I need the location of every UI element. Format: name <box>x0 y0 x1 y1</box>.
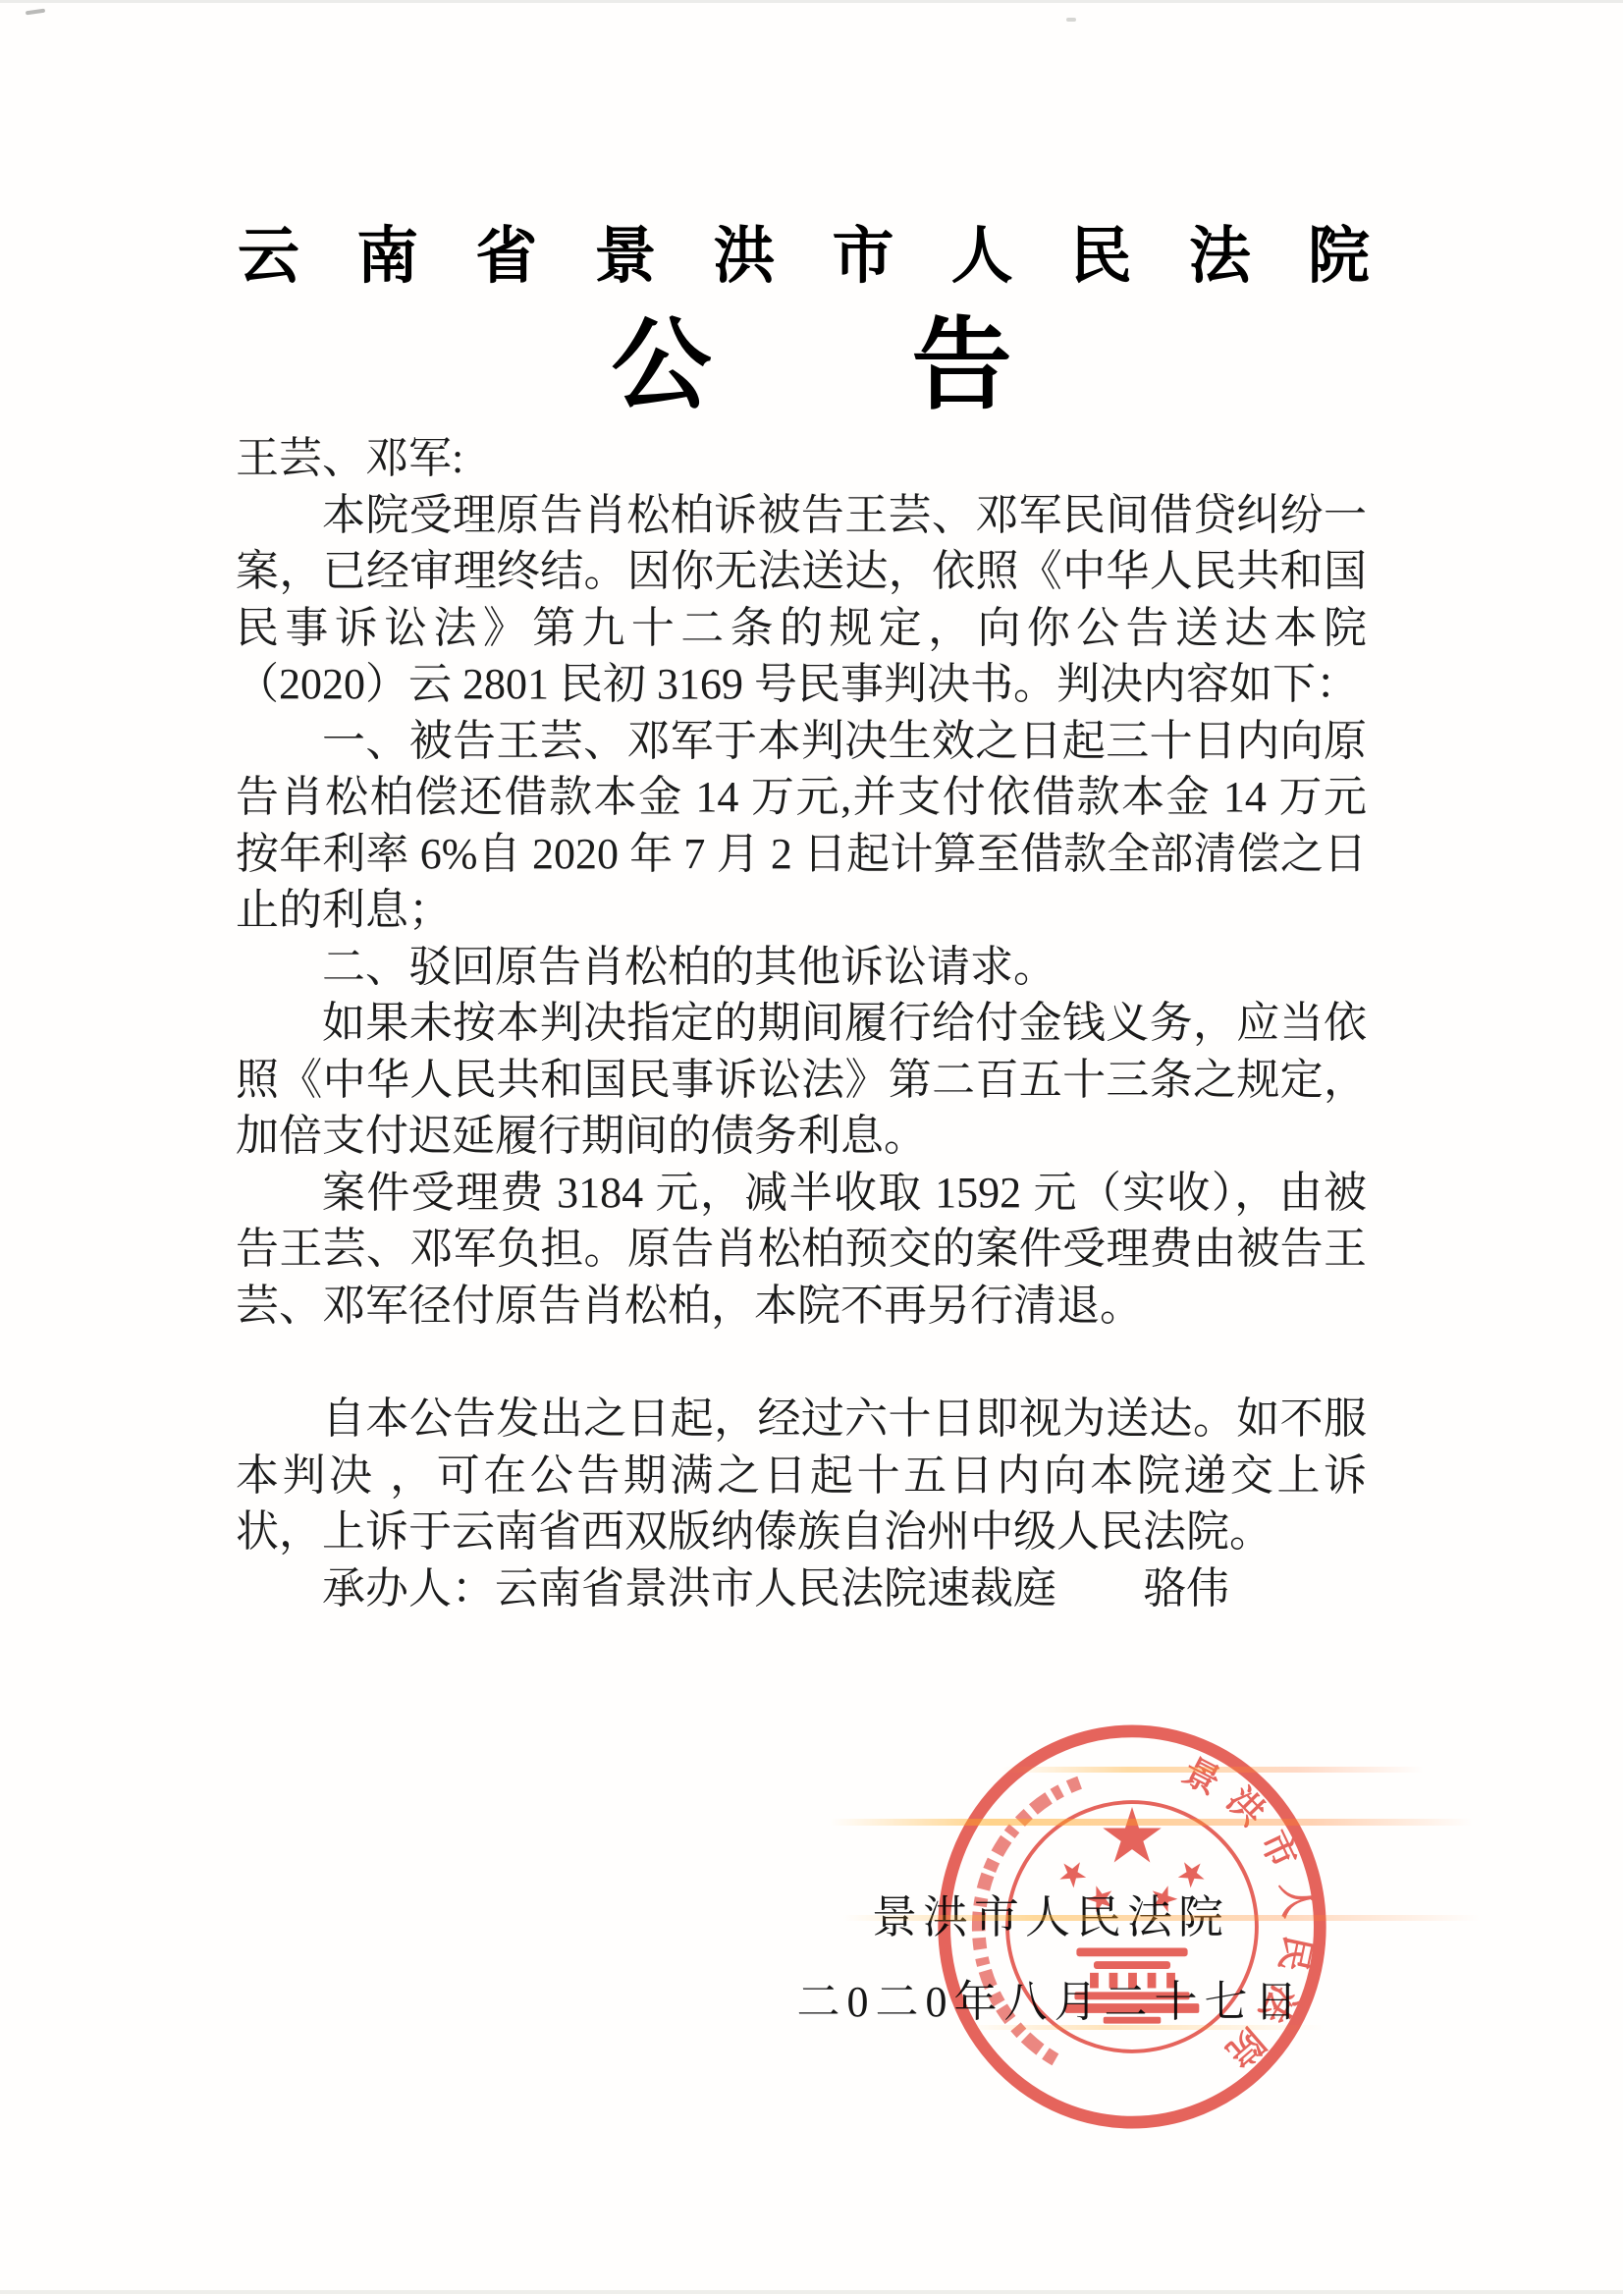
announcement-paragraph: 自本公告发出之日起，经过六十日即视为送达。如不服本判决 ，可在公告期满之日起十五… <box>236 1391 1367 1560</box>
star-icon <box>1103 1807 1161 1863</box>
undertaker-line: 承办人：云南省景洪市人民法院速裁庭骆伟 <box>236 1560 1367 1617</box>
star-icon <box>1084 1882 1117 1914</box>
undertaker-name: 骆伟 <box>1143 1564 1229 1613</box>
court-title: 云南省景洪市人民法院 <box>238 218 1370 295</box>
scan-smudge <box>26 9 45 16</box>
announcement-document-page: 云南省景洪市人民法院 公 告 王芸、邓军: 本院受理原告肖松柏诉被告王芸、邓军民… <box>0 0 1623 2296</box>
undertaker-org: 云南省景洪市人民法院速裁庭 <box>495 1564 1056 1613</box>
document-title: 公 告 <box>0 306 1623 424</box>
announcement-body: 王芸、邓军: 本院受理原告肖松柏诉被告王芸、邓军民间借贷纠纷一案，已经审理终结。… <box>236 430 1367 1616</box>
addressee-line: 王芸、邓军: <box>236 430 1367 487</box>
seal-outer-ring <box>945 1731 1321 2122</box>
scan-smudge <box>1066 18 1076 22</box>
announcement-paragraph: 本院受理原告肖松柏诉被告王芸、邓军民间借贷纠纷一案，已经审理终结。因你无法送达，… <box>236 487 1367 713</box>
scan-edge-artifact <box>0 2290 1623 2294</box>
national-emblem-icon <box>1054 1807 1211 2024</box>
undertaker-label: 承办人： <box>322 1564 495 1613</box>
court-seal-stamp: 景洪市人民法院 <box>931 1721 1333 2133</box>
announcement-paragraph: 案件受理费 3184 元，减半收取 1592 元（实收），由被告王芸、邓军负担。… <box>236 1165 1367 1335</box>
star-icon <box>1054 1855 1090 1891</box>
scan-edge-artifact <box>0 0 1623 3</box>
announcement-paragraph: 如果未按本判决指定的期间履行给付金钱义务，应当依照《中华人民共和国民事诉讼法》第… <box>236 995 1367 1165</box>
announcement-paragraph: 一、被告王芸、邓军于本判决生效之日起三十日内向原告肖松柏偿还借款本金 14 万元… <box>236 713 1367 939</box>
star-icon <box>1148 1882 1181 1914</box>
announcement-paragraph: 二、驳回原告肖松柏的其他诉讼请求。 <box>236 939 1367 996</box>
star-icon <box>1174 1855 1211 1891</box>
tiananmen-gate-icon <box>1065 1947 1200 2023</box>
